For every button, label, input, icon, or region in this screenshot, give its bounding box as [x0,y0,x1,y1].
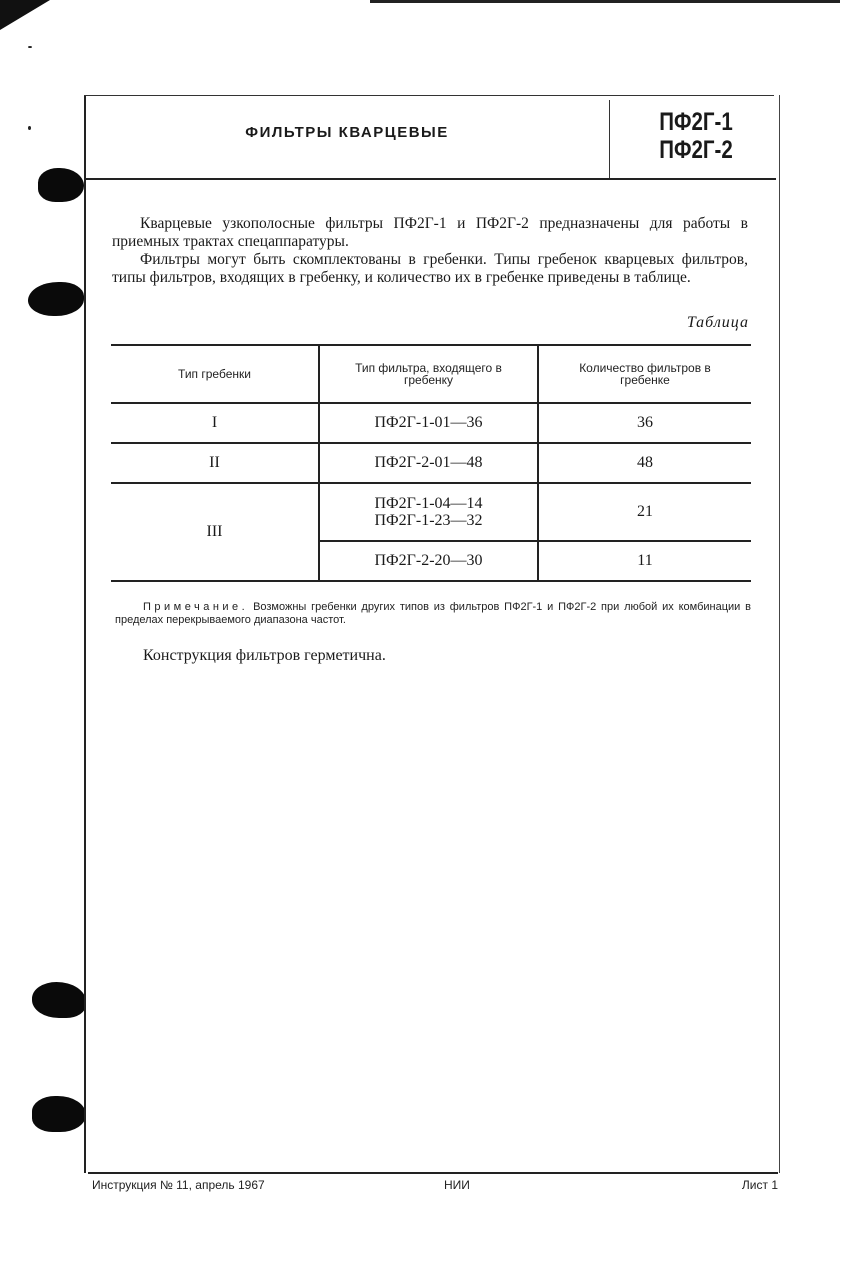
paragraph: Фильтры могут быть скомплектованы в греб… [112,251,748,287]
filter-type: ПФ2Г-1-04—14 [320,495,537,512]
scan-edge-artifact [370,0,840,3]
filter-comb-table: Тип гребенки Тип фильтра, входящего в гр… [111,344,751,582]
note-lead: Примечание. [143,601,248,613]
filter-type: ПФ2Г-1-23—32 [320,512,537,529]
header-rule [86,178,776,180]
column-header: Тип фильтра, входящего в гребенку [319,345,538,403]
filter-type-cell: ПФ2Г-1-04—14 ПФ2Г-1-23—32 [319,483,538,541]
comb-type-cell: I [111,403,319,443]
footer-sheet-number: Лист 1 [742,1178,778,1192]
binder-hole-artifact [32,982,86,1018]
filter-type-cell: ПФ2Г-2-01—48 [319,443,538,483]
binder-hole-artifact [38,168,84,202]
scan-corner-artifact [0,0,50,30]
product-code: ПФ2Г-2 [630,136,761,164]
header-divider [609,100,610,178]
scan-speck [28,46,32,48]
page-footer: Инструкция № 11, апрель 1967 НИИ Лист 1 [92,1178,782,1198]
closing-statement: Конструкция фильтров герметична. [143,647,386,665]
product-code: ПФ2Г-1 [630,108,761,136]
column-header: Тип гребенки [111,345,319,403]
footer-instruction: Инструкция № 11, апрель 1967 [92,1178,265,1192]
filter-count-cell: 21 [538,483,751,541]
table-row: I ПФ2Г-1-01—36 36 [111,403,751,443]
table-note: Примечание. Возможны гребенки других тип… [115,601,751,627]
filter-count-cell: 11 [538,541,751,581]
binder-hole-artifact [28,282,84,316]
filter-type-cell: ПФ2Г-1-01—36 [319,403,538,443]
filter-type-cell: ПФ2Г-2-20—30 [319,541,538,581]
binder-hole-artifact [32,1096,86,1132]
table-header-row: Тип гребенки Тип фильтра, входящего в гр… [111,345,751,403]
table-row: III ПФ2Г-1-04—14 ПФ2Г-1-23—32 21 [111,483,751,541]
paragraph: Кварцевые узкополосные фильтры ПФ2Г-1 и … [112,215,748,251]
frame-bottom-rule [88,1172,778,1174]
column-header: Количество фильтров в гребенке [538,345,751,403]
comb-type-cell: II [111,443,319,483]
document-header: ФИЛЬТРЫ КВАРЦЕВЫЕ ПФ2Г-1 ПФ2Г-2 [86,96,774,178]
table-label: Таблица [687,314,749,332]
table-row: II ПФ2Г-2-01—48 48 [111,443,751,483]
filter-count-cell: 48 [538,443,751,483]
scan-speck [28,126,31,130]
footer-institute: НИИ [444,1178,470,1192]
document-title: ФИЛЬТРЫ КВАРЦЕВЫЕ [86,124,608,141]
filter-count-cell: 36 [538,403,751,443]
product-codes: ПФ2Г-1 ПФ2Г-2 [630,108,761,164]
intro-text: Кварцевые узкополосные фильтры ПФ2Г-1 и … [112,215,748,287]
comb-type-cell: III [111,483,319,581]
